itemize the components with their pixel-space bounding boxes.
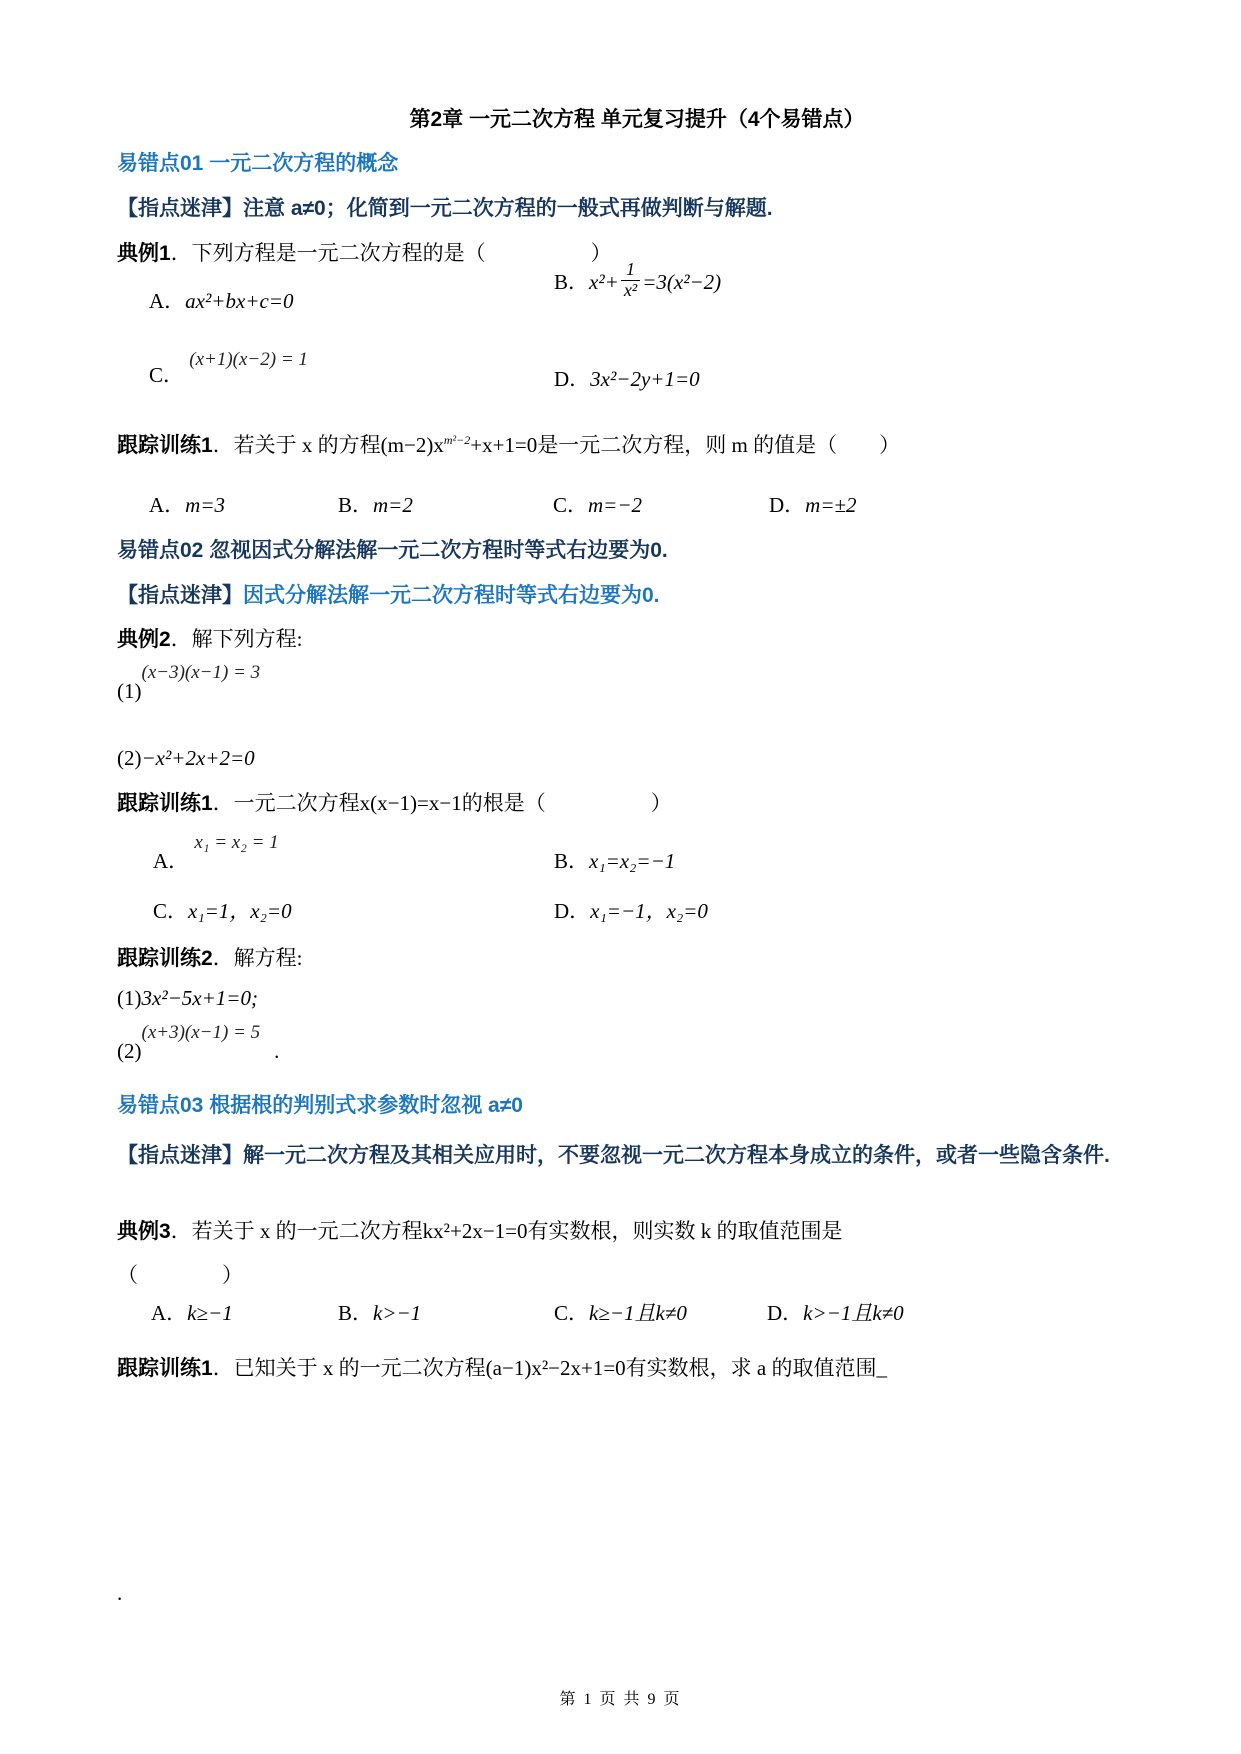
option-d-label: D．	[554, 367, 590, 391]
example2-line: 典例2．解下列方程:	[117, 626, 303, 653]
k-option-a: A．k≥−1	[151, 1300, 233, 1326]
track3-text: ．已知关于 x 的一元二次方程(a−1)x²−2x+1=0有实数根，求 a 的取…	[213, 1356, 887, 1380]
track1-option-c: C．m=−2	[553, 492, 642, 518]
example1-line: 典例1．下列方程是一元二次方程的是（ ）	[117, 240, 612, 267]
roots-option-c-label: C．	[153, 899, 188, 923]
m-option-b-formula: m=2	[373, 493, 413, 517]
example3-line: 典例3．若关于 x 的一元二次方程kx²+2x−1=0有实数根，则实数 k 的取…	[117, 1218, 843, 1245]
fraction-denominator: x²	[621, 280, 640, 301]
track1-post: +x+1=0是一元二次方程，则 m 的值是（ ）	[470, 433, 900, 457]
example1-label: 典例1	[117, 242, 171, 265]
track2-1-text: ．一元二次方程x(x−1)=x−1的根是（ ）	[213, 791, 672, 815]
m-option-c-formula: m=−2	[588, 493, 642, 517]
section2-heading: 易错点02 忽视因式分解法解一元二次方程时等式右边要为0.	[117, 538, 668, 564]
option-a-formula: ax²+bx+c=0	[185, 289, 293, 313]
tip1-label: 【指点迷津】	[117, 197, 243, 220]
track2-1-label: 跟踪训练1	[117, 792, 213, 815]
roots-option-b-formula: x₁=x₂=−1	[589, 849, 675, 873]
roots-option-d-label: D．	[554, 899, 590, 923]
m-option-d-label: D．	[769, 493, 805, 517]
roots-option-a-formula: x₁ = x₂ = 1	[194, 832, 278, 853]
k-option-c: C．k≥−1且k≠0	[554, 1300, 687, 1326]
roots-option-b: B．x₁=x₂=−1	[554, 848, 675, 874]
example2-eq1: (1)(x−3)(x−1) = 3	[117, 678, 260, 705]
tip2-label: 【指点迷津】	[117, 584, 243, 607]
section1-tip: 【指点迷津】注意 a≠0；化简到一元二次方程的一般式再做判断与解题.	[117, 195, 773, 222]
k-option-a-label: A．	[151, 1301, 187, 1325]
k-option-b-formula: k>−1	[373, 1301, 421, 1325]
eq2-label: (2)	[117, 746, 142, 770]
k-option-d: D．k>−1且k≠0	[767, 1300, 904, 1326]
section1-track-line: 跟踪训练1．若关于 x 的方程(m−2)xm²−2+x+1=0是一元二次方程，则…	[117, 432, 900, 459]
track2-eq1-label: (1)	[117, 986, 142, 1010]
example1-option-b: B．x²+1x²=3(x²−2)	[554, 262, 721, 303]
roots-option-c: C．x₁=1，x₂=0	[153, 898, 292, 924]
option-d-formula: 3x²−2y+1=0	[590, 367, 699, 391]
option-b-fraction: 1x²	[621, 260, 640, 301]
section2-track1-line: 跟踪训练1．一元二次方程x(x−1)=x−1的根是（ ）	[117, 790, 672, 817]
tip3-text: 解一元二次方程及其相关应用时，不要忽视一元二次方程本身成立的条件，或者一些隐含条…	[243, 1144, 1110, 1167]
trailing-period: .	[117, 1580, 122, 1606]
option-b-formula-right: =3(x²−2)	[642, 269, 721, 295]
track1-exponent: m²−2	[444, 433, 470, 447]
tip2-text: 因式分解法解一元二次方程时等式右边要为0.	[243, 584, 660, 607]
worksheet-page: 第2章 一元二次方程 单元复习提升（4个易错点） 易错点01 一元二次方程的概念…	[0, 0, 1241, 1754]
m-option-b-label: B．	[338, 493, 373, 517]
track1-option-a: A．m=3	[149, 492, 225, 518]
track2-eq2-label: (2)	[117, 1039, 142, 1063]
tip1-text: 注意 a≠0；化简到一元二次方程的一般式再做判断与解题.	[243, 197, 773, 220]
example1-text: ．下列方程是一元二次方程的是（ ）	[171, 241, 612, 265]
track2-eq1-formula: 3x²−5x+1=0;	[142, 986, 258, 1010]
track1-label: 跟踪训练1	[117, 434, 213, 457]
section3-heading: 易错点03 根据根的判别式求参数时忽视 a≠0	[117, 1093, 523, 1119]
track2-eq2-formula: (x+3)(x−1) = 5	[142, 1022, 261, 1043]
example3-text: ．若关于 x 的一元二次方程kx²+2x−1=0有实数根，则实数 k 的取值范围…	[171, 1219, 843, 1243]
page-title: 第2章 一元二次方程 单元复习提升（4个易错点）	[117, 107, 1157, 133]
section2-tip: 【指点迷津】因式分解法解一元二次方程时等式右边要为0.	[117, 582, 660, 609]
eq2-formula: −x²+2x+2=0	[142, 746, 255, 770]
eq1-label: (1)	[117, 679, 142, 703]
k-option-c-formula: k≥−1且k≠0	[589, 1301, 687, 1325]
example2-eq2: (2)−x²+2x+2=0	[117, 745, 255, 771]
m-option-d-formula: m=±2	[805, 493, 856, 517]
option-c-label: C．	[149, 363, 184, 387]
roots-option-a: A． x₁ = x₂ = 1	[153, 848, 279, 875]
m-option-c-label: C．	[553, 493, 588, 517]
section2-track2-line: 跟踪训练2．解方程:	[117, 945, 303, 972]
k-option-d-label: D．	[767, 1301, 803, 1325]
tip3-label: 【指点迷津】	[117, 1144, 243, 1167]
example1-option-a: A．ax²+bx+c=0	[149, 288, 293, 314]
example3-paren: （ ）	[117, 1262, 243, 1288]
m-option-a-formula: m=3	[185, 493, 225, 517]
example2-text: ．解下列方程:	[171, 627, 303, 651]
option-b-formula-left: x²+	[589, 269, 619, 295]
track2-eq1: (1)3x²−5x+1=0;	[117, 985, 258, 1011]
example2-label: 典例2	[117, 628, 171, 651]
roots-option-a-label: A．	[153, 849, 189, 873]
option-c-formula: (x+1)(x−2) = 1	[189, 349, 308, 370]
option-a-label: A．	[149, 289, 185, 313]
track2-eq2-period: .	[274, 1039, 279, 1063]
track1-option-b: B．m=2	[338, 492, 413, 518]
track1-text-pre: ．若关于 x 的方程(m−2)xm²−2+x+1=0是一元二次方程，则 m 的值…	[213, 433, 900, 457]
k-option-b-label: B．	[338, 1301, 373, 1325]
fraction-numerator: 1	[626, 260, 635, 280]
option-b-label: B．	[554, 269, 589, 295]
track1-option-d: D．m=±2	[769, 492, 857, 518]
k-option-c-label: C．	[554, 1301, 589, 1325]
example3-label: 典例3	[117, 1220, 171, 1243]
roots-option-c-formula: x₁=1，x₂=0	[188, 899, 292, 923]
roots-option-d-formula: x₁=−1，x₂=0	[590, 899, 708, 923]
track2-2-label: 跟踪训练2	[117, 947, 213, 970]
section3-track-line: 跟踪训练1．已知关于 x 的一元二次方程(a−1)x²−2x+1=0有实数根，求…	[117, 1355, 887, 1382]
page-content: 第2章 一元二次方程 单元复习提升（4个易错点） 易错点01 一元二次方程的概念…	[117, 0, 1157, 1754]
track3-label: 跟踪训练1	[117, 1357, 213, 1380]
track1-pre: ．若关于 x 的方程(m−2)x	[213, 433, 444, 457]
k-option-a-formula: k≥−1	[187, 1301, 233, 1325]
example1-option-d: D．3x²−2y+1=0	[554, 366, 700, 392]
k-option-d-formula: k>−1且k≠0	[803, 1301, 904, 1325]
roots-option-d: D．x₁=−1，x₂=0	[554, 898, 708, 924]
section1-heading: 易错点01 一元二次方程的概念	[117, 151, 398, 177]
track2-2-text: ．解方程:	[213, 946, 303, 970]
eq1-formula: (x−3)(x−1) = 3	[142, 662, 261, 683]
track2-eq2: (2)(x+3)(x−1) = 5.	[117, 1038, 279, 1065]
m-option-a-label: A．	[149, 493, 185, 517]
roots-option-b-label: B．	[554, 849, 589, 873]
k-option-b: B．k>−1	[338, 1300, 421, 1326]
example1-option-c: C． (x+1)(x−2) = 1	[149, 362, 308, 389]
footer-page-number: 第 1 页 共 9 页	[0, 1690, 1241, 1710]
section3-tip: 【指点迷津】解一元二次方程及其相关应用时，不要忽视一元二次方程本身成立的条件，或…	[117, 1134, 1157, 1177]
